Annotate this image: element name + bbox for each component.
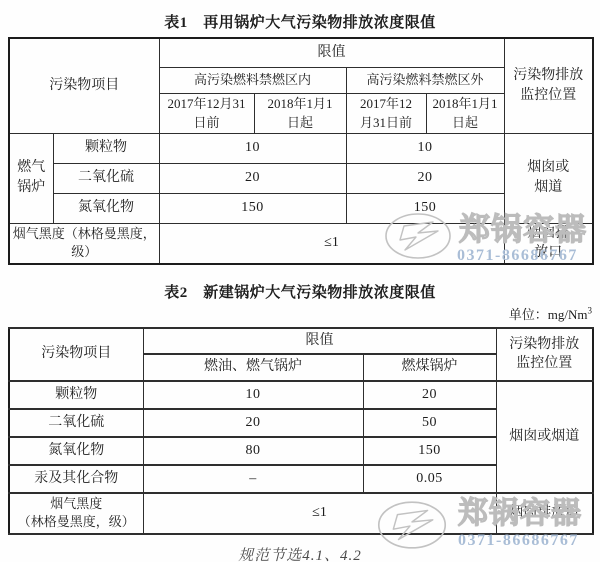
t1-monitoring-body-line2: 烟道 (505, 178, 593, 198)
t1-header-limit: 限值 (159, 38, 504, 67)
t2-monitoring-body: 烟囱或烟道 (496, 381, 593, 493)
t1-header-date-4: 2018年1月1 日起 (426, 93, 504, 133)
t1-header-date-2: 2018年1月1 日起 (254, 93, 346, 133)
document-page: 表1 再用锅炉大气污染物排放浓度限值 污染物项目 限值 污染物排放 监控位置 高… (0, 0, 600, 562)
t2-header-coal: 燃煤锅炉 (363, 354, 496, 381)
t1-row3-name: 氮氧化物 (53, 193, 159, 223)
t1-date1-line1: 2017年12月31 (160, 94, 254, 114)
t1-smoke-name-line2: 级） (10, 243, 159, 261)
t1-row1-name: 颗粒物 (53, 133, 159, 163)
t1-smoke-monitoring-line1: 烟囱排 (505, 224, 593, 244)
t2-row1-coal: 20 (363, 381, 496, 409)
t1-row2-name: 二氧化硫 (53, 163, 159, 193)
t2-header-monitoring-line1: 污染物排放 (497, 335, 593, 355)
t1-header-pollutant: 污染物项目 (9, 38, 159, 133)
t1-header-zone-in: 高污染燃料禁燃区内 (159, 67, 346, 93)
t2-header-oil-gas: 燃油、燃气锅炉 (143, 354, 363, 381)
t2-smoke-name-line1: 烟气黑度 (10, 495, 143, 513)
t1-monitoring-body-line1: 烟囱或 (505, 158, 593, 178)
t2-row2-oil-gas: 20 (143, 409, 363, 437)
t1-fuel-line2: 锅炉 (10, 178, 53, 198)
unit-superscript: 3 (588, 305, 593, 315)
t2-header-pollutant: 污染物项目 (9, 328, 143, 381)
unit-text: 单位：mg/Nm (509, 307, 588, 322)
t1-row1-in-zone: 10 (159, 133, 346, 163)
t1-smoke-value: ≤1 (159, 223, 504, 264)
t2-row4-oil-gas: – (143, 465, 363, 493)
t1-header-monitoring: 污染物排放 监控位置 (504, 38, 593, 133)
t2-smoke-name: 烟气黑度 （林格曼黑度，级） (9, 493, 143, 534)
t1-smoke-monitoring-line2: 放口 (505, 243, 593, 263)
unit-label: 单位：mg/Nm3 (8, 302, 594, 326)
t1-date3-line2: 月31日前 (347, 113, 426, 133)
t2-row3-coal: 150 (363, 437, 496, 465)
t2-row2-name: 二氧化硫 (9, 409, 143, 437)
t1-date3-line1: 2017年12 (347, 94, 426, 114)
t1-row1-out-zone: 10 (346, 133, 504, 163)
t2-smoke-value: ≤1 (143, 493, 496, 534)
t1-date4-line2: 日起 (427, 113, 504, 133)
t1-header-monitoring-line1: 污染物排放 (505, 66, 593, 86)
t1-monitoring-body: 烟囱或 烟道 (504, 133, 593, 223)
t1-header-date-1: 2017年12月31 日前 (159, 93, 254, 133)
table2: 污染物项目 限值 污染物排放 监控位置 燃油、燃气锅炉 燃煤锅炉 颗粒物 10 … (8, 327, 594, 535)
t1-date1-line2: 日前 (160, 113, 254, 133)
t2-row4-name: 汞及其化合物 (9, 465, 143, 493)
t2-row1-oil-gas: 10 (143, 381, 363, 409)
table1: 污染物项目 限值 污染物排放 监控位置 高污染燃料禁燃区内 高污染燃料禁燃区外 … (8, 37, 594, 265)
t1-row2-in-zone: 20 (159, 163, 346, 193)
footer-caption: 规范节选4.1、4.2 (0, 544, 600, 562)
t1-fuel-line1: 燃气 (10, 158, 53, 178)
t1-row3-out-zone: 150 (346, 193, 504, 223)
t2-row2-coal: 50 (363, 409, 496, 437)
t1-date4-line1: 2018年1月1 (427, 94, 504, 114)
t1-row2-out-zone: 20 (346, 163, 504, 193)
t2-row1-name: 颗粒物 (9, 381, 143, 409)
t2-row3-oil-gas: 80 (143, 437, 363, 465)
t1-fuel-group: 燃气 锅炉 (9, 133, 53, 223)
t2-header-limit: 限值 (143, 328, 496, 354)
t2-header-monitoring-line2: 监控位置 (497, 354, 593, 374)
t1-header-monitoring-line2: 监控位置 (505, 86, 593, 106)
t2-smoke-monitoring: 烟囱排放口 (496, 493, 593, 534)
t1-header-zone-out: 高污染燃料禁燃区外 (346, 67, 504, 93)
t1-smoke-name: 烟气黑度（林格曼黑度， 级） (9, 223, 159, 264)
t1-smoke-monitoring: 烟囱排 放口 (504, 223, 593, 264)
t1-date2-line1: 2018年1月1 (255, 94, 346, 114)
t2-row4-coal: 0.05 (363, 465, 496, 493)
t1-date2-line2: 日起 (255, 113, 346, 133)
t1-header-date-3: 2017年12 月31日前 (346, 93, 426, 133)
table2-title: 表2 新建锅炉大气污染物排放浓度限值 (0, 265, 600, 302)
t1-row3-in-zone: 150 (159, 193, 346, 223)
table1-title: 表1 再用锅炉大气污染物排放浓度限值 (0, 0, 600, 32)
t1-smoke-name-line1: 烟气黑度（林格曼黑度， (10, 225, 159, 243)
t2-smoke-name-line2: （林格曼黑度，级） (10, 513, 143, 531)
t2-row3-name: 氮氧化物 (9, 437, 143, 465)
t2-header-monitoring: 污染物排放 监控位置 (496, 328, 593, 381)
